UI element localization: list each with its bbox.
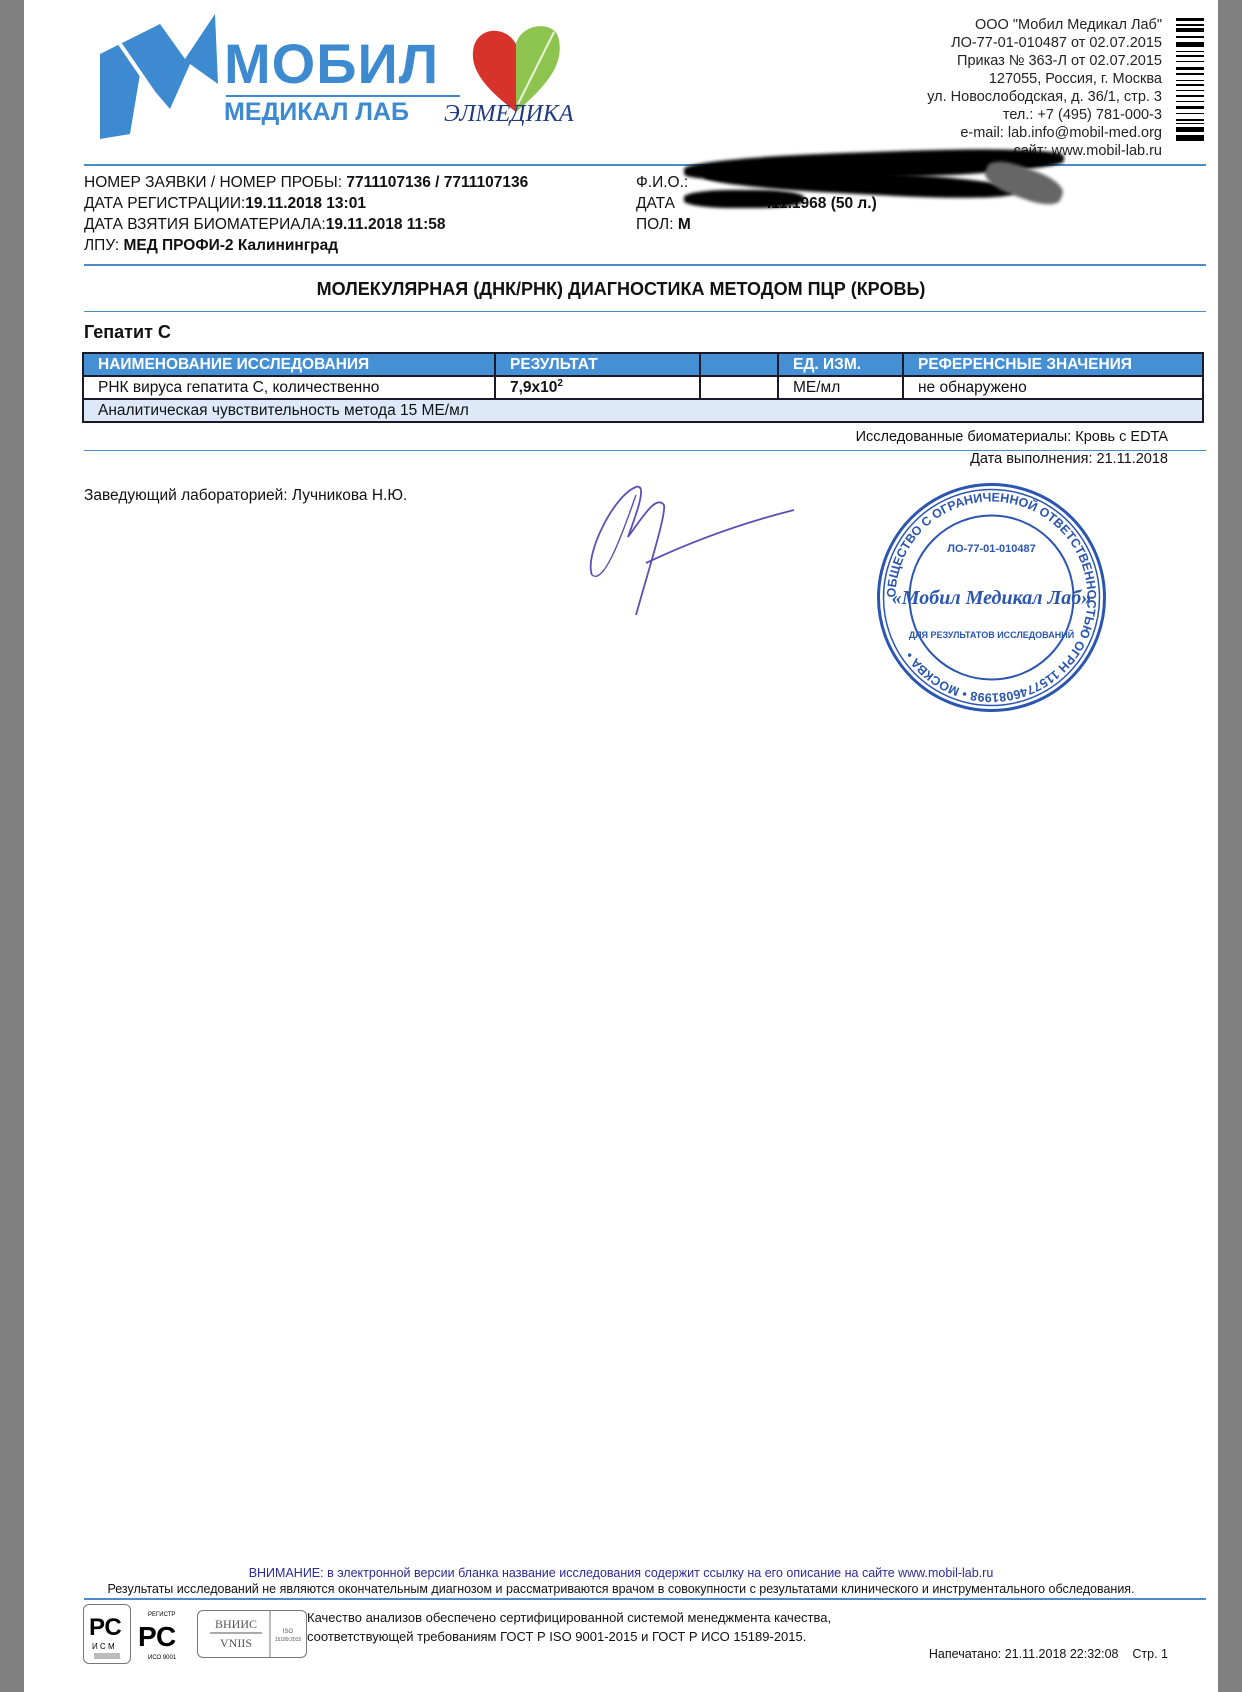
contact-line: ЛО-77-01-010487 от 02.07.2015 (927, 34, 1162, 52)
stamp-icon: ОБЩЕСТВО С ОГРАНИЧЕННОЙ ОТВЕТСТВЕННОСТЬЮ… (874, 480, 1109, 715)
contact-line: ул. Новослободская, д. 36/1, стр. 3 (927, 88, 1162, 106)
section-title: Гепатит С (84, 322, 171, 343)
col-header-result: РЕЗУЛЬТАТ (495, 353, 700, 376)
results-table: НАИМЕНОВАНИЕ ИССЛЕДОВАНИЯ РЕЗУЛЬТАТ ЕД. … (82, 352, 1204, 423)
test-name[interactable]: РНК вируса гепатита С, количественно (83, 376, 495, 399)
registration-date: 19.11.2018 13:01 (245, 195, 366, 212)
footer-warning: ВНИМАНИЕ: в электронной версии бланка на… (24, 1566, 1218, 1580)
result-exponent: 2 (557, 378, 563, 389)
table-note-row: Аналитическая чувствительность метода 15… (83, 399, 1203, 422)
table-row: РНК вируса гепатита С, количественно 7,9… (83, 376, 1203, 399)
footer-disclaimer: Результаты исследований не являются окон… (24, 1582, 1218, 1596)
logo-text-main: МОБИЛ (224, 36, 439, 92)
birth-label: ДАТА (636, 195, 675, 212)
sample-date: 19.11.2018 11:58 (326, 216, 446, 233)
result-base: 7,9x10 (510, 379, 557, 396)
svg-text:ВНИИС: ВНИИС (215, 1617, 257, 1631)
footer-divider (84, 1598, 1206, 1600)
info-divider (84, 264, 1206, 266)
contact-line: тел.: +7 (495) 781-000-3 (927, 106, 1162, 124)
svg-text:ЛО-77-01-010487: ЛО-77-01-010487 (947, 543, 1035, 555)
col-header-test: НАИМЕНОВАНИЕ ИССЛЕДОВАНИЯ (83, 353, 495, 376)
name-label: Ф.И.О.: (636, 174, 688, 191)
sex-label: ПОЛ: (636, 216, 674, 233)
contact-line: Приказ № 363-Л от 02.07.2015 (927, 52, 1162, 70)
document-page: МОБИЛ МЕДИКАЛ ЛАБ ЭЛМЕДИКА ООО "Мобил Ме… (24, 0, 1218, 1692)
quality-line-2: соответствующей требованиям ГОСТ Р ISO 9… (307, 1627, 831, 1646)
svg-text:15189:2015: 15189:2015 (275, 1637, 302, 1643)
page-number: Стр. 1 (1132, 1647, 1168, 1661)
contact-line: 127055, Россия, г. Москва (927, 70, 1162, 88)
svg-text:РС: РС (138, 1621, 176, 1652)
contact-email[interactable]: e-mail: lab.info@mobil-med.org (927, 124, 1162, 142)
vniis-logo-icon: ВНИИС VNIIS ISO 15189:2015 (198, 1611, 306, 1657)
svg-text:«Мобил Медикал Лаб»: «Мобил Медикал Лаб» (892, 587, 1091, 609)
biomaterial-info: Исследованные биоматериалы: Кровь с EDTA (856, 429, 1168, 445)
sample-label: ДАТА ВЗЯТИЯ БИОМАТЕРИАЛА: (84, 216, 326, 233)
svg-text:РЕГИСТР: РЕГИСТР (148, 1612, 175, 1618)
col-header-flag (700, 353, 778, 376)
partner-logo-text: ЭЛМЕДИКА (444, 100, 574, 128)
contact-line: ООО "Мобил Медикал Лаб" (927, 16, 1162, 34)
redaction-mark (684, 190, 804, 208)
lpu-label: ЛПУ: (84, 237, 119, 254)
quality-statement: Качество анализов обеспечено сертифициро… (307, 1608, 831, 1646)
svg-text:ДЛЯ РЕЗУЛЬТАТОВ ИССЛЕДОВАНИЙ: ДЛЯ РЕЗУЛЬТАТОВ ИССЛЕДОВАНИЙ (909, 629, 1074, 640)
rst-logo-icon: РС И С М (84, 1605, 130, 1663)
title-divider (84, 311, 1206, 312)
svg-text:И С М: И С М (92, 1642, 115, 1651)
test-result: 7,9x102 (495, 376, 700, 399)
logo-text-sub: МЕДИКАЛ ЛАБ (224, 98, 409, 126)
print-info: Напечатано: 21.11.2018 22:32:08 Стр. 1 (929, 1647, 1168, 1661)
printed-timestamp: Напечатано: 21.11.2018 22:32:08 (929, 1647, 1119, 1661)
test-flag (700, 376, 778, 399)
register-rst-logo-icon: РЕГИСТР РС ИСО 9001 (134, 1606, 190, 1662)
barcode-icon (1176, 18, 1204, 143)
registration-label: ДАТА РЕГИСТРАЦИИ: (84, 195, 245, 212)
col-header-unit: ЕД. ИЗМ. (778, 353, 903, 376)
order-label: НОМЕР ЗАЯВКИ / НОМЕР ПРОБЫ: (84, 174, 342, 191)
head-of-lab: Заведующий лабораторией: Лучникова Н.Ю. (84, 485, 407, 506)
svg-text:ИСО 9001: ИСО 9001 (148, 1655, 177, 1661)
completion-date: Дата выполнения: 21.11.2018 (970, 451, 1168, 467)
cert-rst-ism-logo: РС И С М (83, 1604, 131, 1664)
report-title: МОЛЕКУЛЯРНАЯ (ДНК/РНК) ДИАГНОСТИКА МЕТОД… (24, 279, 1218, 300)
table-header-row: НАИМЕНОВАНИЕ ИССЛЕДОВАНИЯ РЕЗУЛЬТАТ ЕД. … (83, 353, 1203, 376)
cert-vniis-logo: ВНИИС VNIIS ISO 15189:2015 (197, 1610, 307, 1658)
signature-icon (584, 475, 814, 625)
sex-value: М (678, 216, 691, 233)
order-info: НОМЕР ЗАЯВКИ / НОМЕР ПРОБЫ: 7711107136 /… (84, 172, 528, 256)
svg-text:РС: РС (89, 1614, 122, 1641)
sensitivity-note: Аналитическая чувствительность метода 15… (83, 399, 1203, 422)
test-unit: МЕ/мл (778, 376, 903, 399)
lpu-value: МЕД ПРОФИ-2 Калининград (123, 237, 338, 254)
col-header-reference: РЕФЕРЕНСНЫЕ ЗНАЧЕНИЯ (903, 353, 1203, 376)
lab-contacts: ООО "Мобил Медикал Лаб" ЛО-77-01-010487 … (927, 16, 1162, 160)
order-number: 7711107136 / 7711107136 (346, 174, 528, 191)
svg-text:ISO: ISO (283, 1629, 294, 1635)
logo-rule (226, 95, 460, 97)
svg-text:VNIIS: VNIIS (220, 1636, 252, 1650)
test-reference: не обнаружено (903, 376, 1203, 399)
quality-line-1: Качество анализов обеспечено сертифициро… (307, 1608, 831, 1627)
